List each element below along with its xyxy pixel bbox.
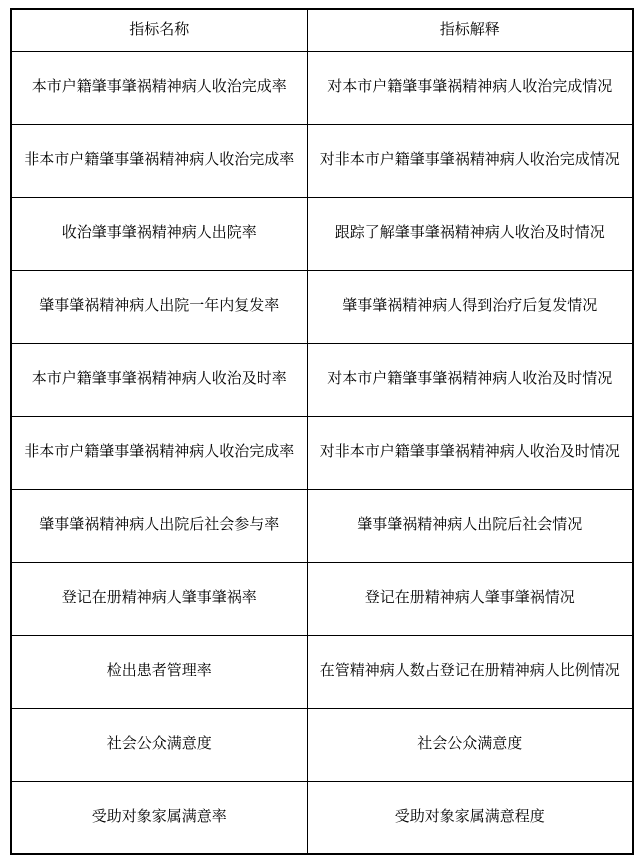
- table-row: 非本市户籍肇事肇祸精神病人收治完成率对非本市户籍肇事肇祸精神病人收治及时情况: [11, 416, 633, 489]
- table-row: 非本市户籍肇事肇祸精神病人收治完成率对非本市户籍肇事肇祸精神病人收治完成情况: [11, 124, 633, 197]
- indicator-explanation-cell: 对非本市户籍肇事肇祸精神病人收治完成情况: [307, 124, 633, 197]
- indicator-name-cell: 社会公众满意度: [11, 708, 307, 781]
- header-row: 指标名称 指标解释: [11, 9, 633, 51]
- indicator-name-cell: 收治肇事肇祸精神病人出院率: [11, 197, 307, 270]
- header-indicator-name: 指标名称: [11, 9, 307, 51]
- table-row: 检出患者管理率在管精神病人数占登记在册精神病人比例情况: [11, 635, 633, 708]
- indicator-name-cell: 非本市户籍肇事肇祸精神病人收治完成率: [11, 124, 307, 197]
- table-row: 登记在册精神病人肇事肇祸率登记在册精神病人肇事肇祸情况: [11, 562, 633, 635]
- table-row: 本市户籍肇事肇祸精神病人收治完成率对本市户籍肇事肇祸精神病人收治完成情况: [11, 51, 633, 124]
- indicator-explanation-cell: 在管精神病人数占登记在册精神病人比例情况: [307, 635, 633, 708]
- header-indicator-explanation: 指标解释: [307, 9, 633, 51]
- table-row: 社会公众满意度社会公众满意度: [11, 708, 633, 781]
- indicator-explanation-cell: 跟踪了解肇事肇祸精神病人收治及时情况: [307, 197, 633, 270]
- indicator-explanation-cell: 对本市户籍肇事肇祸精神病人收治完成情况: [307, 51, 633, 124]
- indicator-explanation-cell: 对本市户籍肇事肇祸精神病人收治及时情况: [307, 343, 633, 416]
- indicator-explanation-cell: 社会公众满意度: [307, 708, 633, 781]
- indicator-explanation-cell: 对非本市户籍肇事肇祸精神病人收治及时情况: [307, 416, 633, 489]
- table-row: 受助对象家属满意率受助对象家属满意程度: [11, 781, 633, 854]
- table-row: 肇事肇祸精神病人出院一年内复发率肇事肇祸精神病人得到治疗后复发情况: [11, 270, 633, 343]
- indicator-name-cell: 登记在册精神病人肇事肇祸率: [11, 562, 307, 635]
- indicator-name-cell: 肇事肇祸精神病人出院后社会参与率: [11, 489, 307, 562]
- indicator-name-cell: 本市户籍肇事肇祸精神病人收治及时率: [11, 343, 307, 416]
- indicator-table: 指标名称 指标解释 本市户籍肇事肇祸精神病人收治完成率对本市户籍肇事肇祸精神病人…: [10, 8, 634, 855]
- document-page: 指标名称 指标解释 本市户籍肇事肇祸精神病人收治完成率对本市户籍肇事肇祸精神病人…: [0, 0, 642, 867]
- table-row: 本市户籍肇事肇祸精神病人收治及时率对本市户籍肇事肇祸精神病人收治及时情况: [11, 343, 633, 416]
- table-row: 肇事肇祸精神病人出院后社会参与率肇事肇祸精神病人出院后社会情况: [11, 489, 633, 562]
- indicator-name-cell: 受助对象家属满意率: [11, 781, 307, 854]
- indicator-name-cell: 检出患者管理率: [11, 635, 307, 708]
- indicator-explanation-cell: 受助对象家属满意程度: [307, 781, 633, 854]
- table-row: 收治肇事肇祸精神病人出院率跟踪了解肇事肇祸精神病人收治及时情况: [11, 197, 633, 270]
- indicator-name-cell: 肇事肇祸精神病人出院一年内复发率: [11, 270, 307, 343]
- indicator-name-cell: 本市户籍肇事肇祸精神病人收治完成率: [11, 51, 307, 124]
- indicator-name-cell: 非本市户籍肇事肇祸精神病人收治完成率: [11, 416, 307, 489]
- indicator-explanation-cell: 肇事肇祸精神病人出院后社会情况: [307, 489, 633, 562]
- indicator-explanation-cell: 肇事肇祸精神病人得到治疗后复发情况: [307, 270, 633, 343]
- indicator-explanation-cell: 登记在册精神病人肇事肇祸情况: [307, 562, 633, 635]
